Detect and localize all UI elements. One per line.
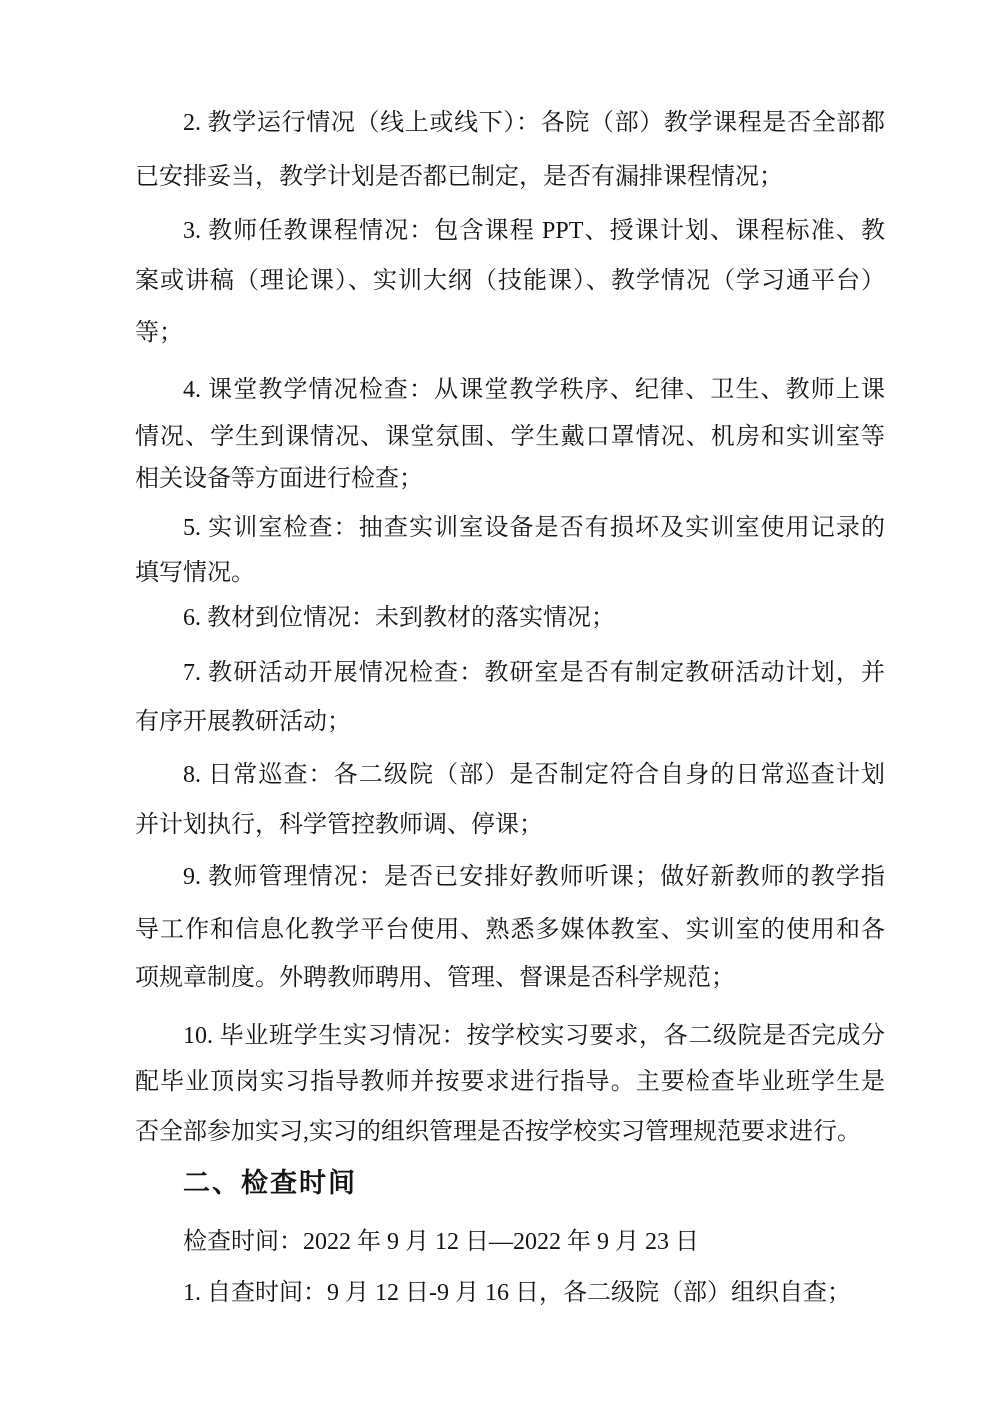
body-line: 8. 日常巡查：各二级院（部）是否制定符合自身的日常巡查计划 <box>135 760 885 790</box>
body-line: 导工作和信息化教学平台使用、熟悉多媒体教室、实训室的使用和各 <box>135 915 885 945</box>
body-line: 配毕业顶岗实习指导教师并按要求进行指导。主要检查毕业班学生是 <box>135 1067 885 1097</box>
body-line: 情况、学生到课情况、课堂氛围、学生戴口罩情况、机房和实训室等 <box>135 422 885 452</box>
section-heading-check-time: 二、检查时间 <box>135 1168 885 1198</box>
body-line: 并计划执行，科学管控教师调、停课； <box>135 810 885 840</box>
body-line: 案或讲稿（理论课）、实训大纲（技能课）、教学情况（学习通平台） <box>135 266 885 296</box>
body-line: 5. 实训室检查：抽查实训室设备是否有损坏及实训室使用记录的 <box>135 513 885 543</box>
body-line: 4. 课堂教学情况检查：从课堂教学秩序、纪律、卫生、教师上课 <box>135 375 885 405</box>
body-line: 否全部参加实习,实习的组织管理是否按学校实习管理规范要求进行。 <box>135 1117 885 1147</box>
body-line: 相关设备等方面进行检查； <box>135 464 885 494</box>
document-page: 2. 教学运行情况（线上或线下）：各院（部）教学课程是否全部都 已安排妥当，教学… <box>0 0 992 1403</box>
body-line: 10. 毕业班学生实习情况：按学校实习要求，各二级院是否完成分 <box>135 1021 885 1051</box>
body-line: 填写情况。 <box>135 558 885 588</box>
body-line: 9. 教师管理情况：是否已安排好教师听课；做好新教师的教学指 <box>135 862 885 892</box>
body-line: 6. 教材到位情况：未到教材的落实情况； <box>135 603 885 633</box>
body-line: 等； <box>135 318 885 348</box>
body-line: 已安排妥当，教学计划是否都已制定，是否有漏排课程情况； <box>135 162 885 192</box>
self-check-time-line: 1. 自查时间：9 月 12 日-9 月 16 日，各二级院（部）组织自查； <box>135 1278 885 1308</box>
body-line: 有序开展教研活动； <box>135 707 885 737</box>
check-time-line: 检查时间：2022 年 9 月 12 日—2022 年 9 月 23 日 <box>135 1227 885 1257</box>
body-line: 2. 教学运行情况（线上或线下）：各院（部）教学课程是否全部都 <box>135 108 885 138</box>
body-line: 7. 教研活动开展情况检查：教研室是否有制定教研活动计划，并 <box>135 658 885 688</box>
body-line: 项规章制度。外聘教师聘用、管理、督课是否科学规范； <box>135 963 885 993</box>
body-line: 3. 教师任教课程情况：包含课程 PPT、授课计划、课程标准、教 <box>135 216 885 246</box>
